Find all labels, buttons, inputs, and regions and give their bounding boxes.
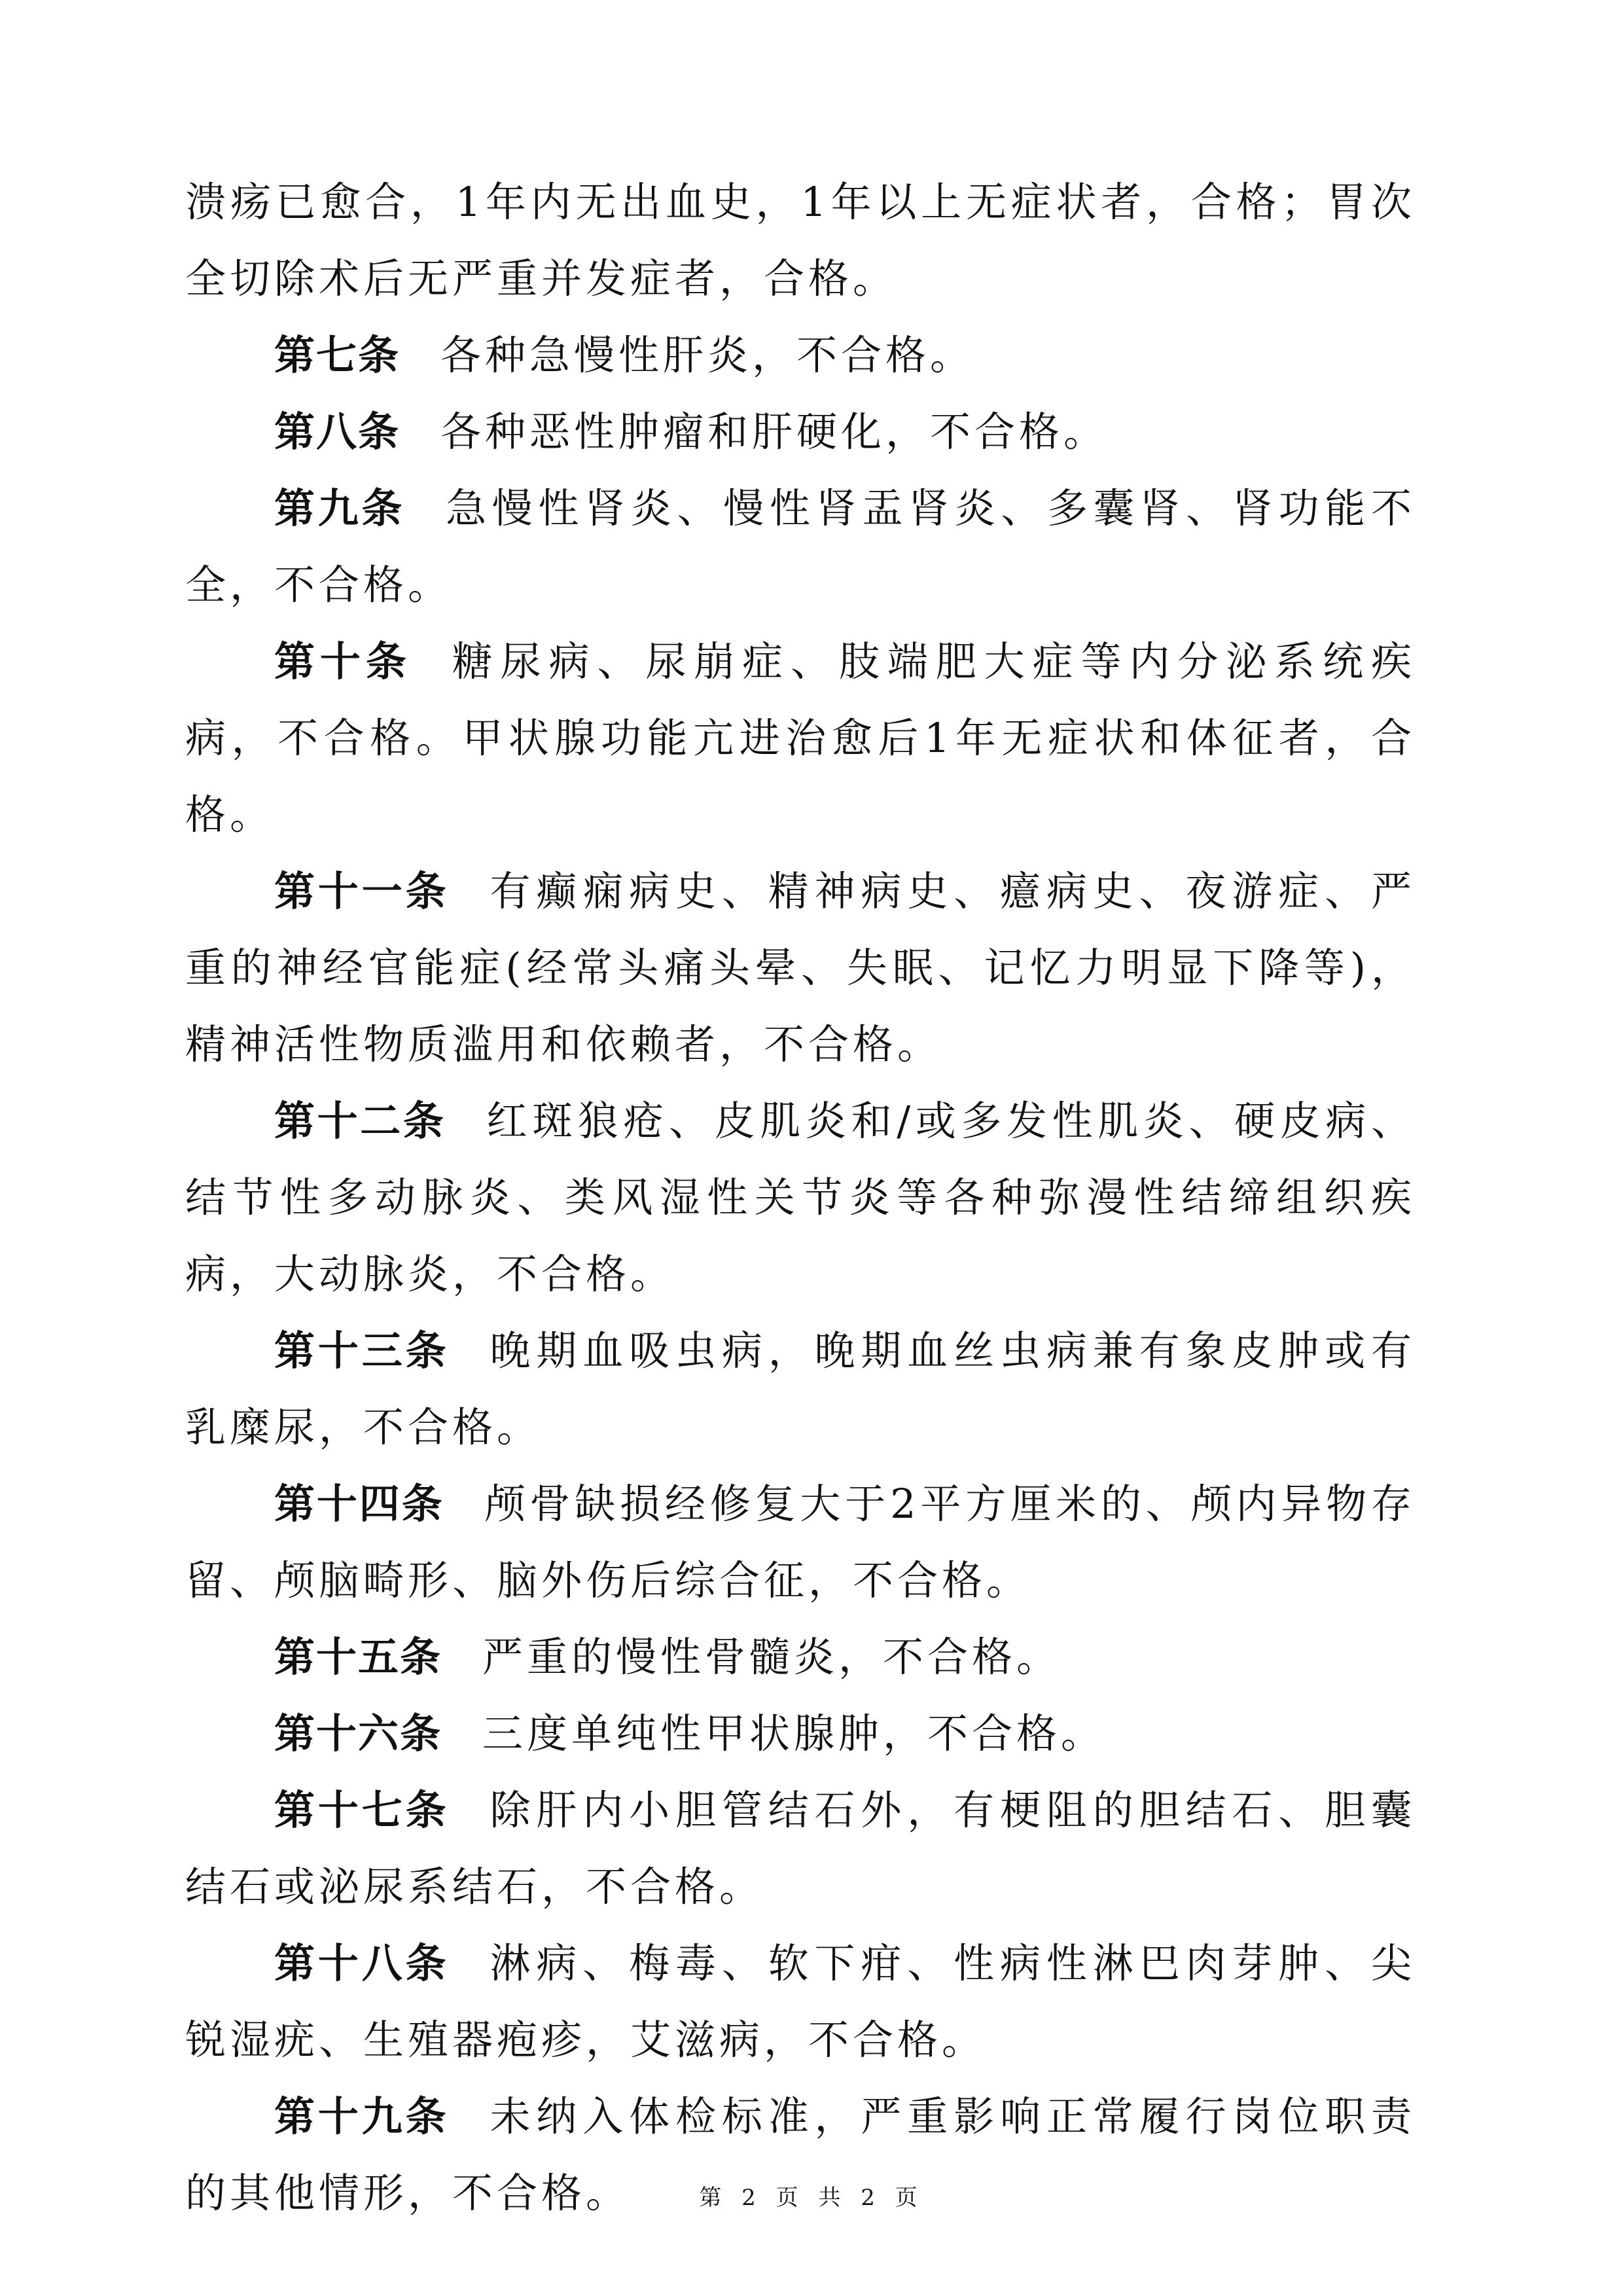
article-number: 第八条 [274,408,400,456]
article-text: 各种恶性肿瘤和肝硬化，不合格。 [440,408,1108,456]
article-number: 第十七条 [274,1786,449,1834]
article-number: 第七条 [274,331,400,379]
article-10: 第十条糖尿病、尿崩症、肢端肥大症等内分泌系统疾病，不合格。甲状腺功能亢进治愈后1… [185,623,1416,853]
article-number: 第十五条 [274,1633,442,1681]
article-16: 第十六条三度单纯性甲状腺肿，不合格。 [185,1695,1416,1772]
article-text: 严重的慢性骨髓炎，不合格。 [482,1633,1061,1681]
page-footer: 第 2 页 共 2 页 [0,2179,1623,2212]
article-7: 第七条各种急慢性肝炎，不合格。 [185,317,1416,393]
article-number: 第十八条 [274,1939,449,1987]
article-number: 第十一条 [274,867,449,915]
article-9: 第九条急慢性肾炎、慢性肾盂肾炎、多囊肾、肾功能不全，不合格。 [185,470,1416,623]
article-8: 第八条各种恶性肿瘤和肝硬化，不合格。 [185,393,1416,470]
article-text: 三度单纯性甲状腺肿，不合格。 [482,1710,1105,1757]
article-18: 第十八条淋病、梅毒、软下疳、性病性淋巴肉芽肿、尖锐湿疣、生殖器疱疹，艾滋病，不合… [185,1925,1416,2078]
article-11: 第十一条有癫痫病史、精神病史、癔病史、夜游症、严重的神经官能症(经常头痛头晕、失… [185,853,1416,1083]
article-number: 第九条 [274,484,405,532]
article-15: 第十五条严重的慢性骨髓炎，不合格。 [185,1619,1416,1695]
article-17: 第十七条除肝内小胆管结石外，有梗阻的胆结石、胆囊结石或泌尿系结石，不合格。 [185,1772,1416,1925]
article-number: 第十二条 [274,1097,446,1145]
article-number: 第十条 [274,637,412,685]
article-number: 第十九条 [274,2092,449,2140]
document-page: 溃疡已愈合，1年内无出血史，1年以上无症状者，合格；胃次全切除术后无严重并发症者… [185,164,1416,2231]
page-indicator: 第 2 页 共 2 页 [699,2185,923,2211]
article-text: 各种急慢性肝炎，不合格。 [440,331,974,379]
article-12: 第十二条红斑狼疮、皮肌炎和/或多发性肌炎、硬皮病、结节性多动脉炎、类风湿性关节炎… [185,1083,1416,1312]
article-13: 第十三条晚期血吸虫病，晚期血丝虫病兼有象皮肿或有乳糜尿，不合格。 [185,1312,1416,1465]
article-number: 第十六条 [274,1710,442,1757]
continuation-paragraph: 溃疡已愈合，1年内无出血史，1年以上无症状者，合格；胃次全切除术后无严重并发症者… [185,164,1416,317]
article-number: 第十三条 [274,1327,449,1374]
article-14: 第十四条颅骨缺损经修复大于2平方厘米的、颅内异物存留、颅脑畸形、脑外伤后综合征，… [185,1465,1416,1619]
article-number: 第十四条 [274,1480,444,1528]
